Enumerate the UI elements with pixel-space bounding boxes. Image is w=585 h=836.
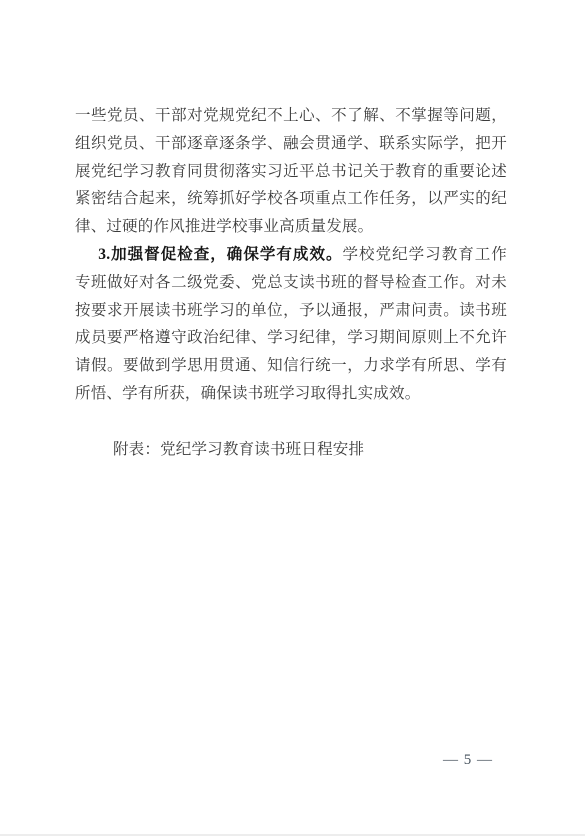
- paragraph-line: 律、过硬的作风推进学校事业高质量发展。: [75, 213, 507, 241]
- paragraph-line: 成员要严格遵守政治纪律、学习纪律，学习期间原则上不允许: [75, 324, 507, 352]
- document-page: 一些党员、干部对党规党纪不上心、不了解、不掌握等问题， 组织党员、干部逐章逐条学…: [0, 0, 585, 836]
- paragraph-line: 请假。要做到学思用贯通、知信行统一，力求学有所思、学有: [75, 352, 507, 380]
- paragraph-line: 专班做好对各二级党委、党总支读书班的督导检查工作。对未: [75, 269, 507, 297]
- paragraph-line: 按要求开展读书班学习的单位，予以通报，严肃问责。读书班: [75, 297, 507, 325]
- paragraph-line: 一些党员、干部对党规党纪不上心、不了解、不掌握等问题，: [75, 102, 507, 130]
- paragraph-supervision: 3.加强督促检查，确保学有成效。学校党纪学习教育工作 专班做好对各二级党委、党总…: [75, 241, 507, 408]
- paragraph-line: 展党纪学习教育同贯彻落实习近平总书记关于教育的重要论述: [75, 158, 507, 186]
- paragraph-bold-lead: 3.加强督促检查，确保学有成效。: [98, 246, 342, 263]
- paragraph-text: 学校党纪学习教育工作: [343, 246, 507, 263]
- attachment-note: 附表：党纪学习教育读书班日程安排: [75, 436, 507, 464]
- paragraph-line: 3.加强督促检查，确保学有成效。学校党纪学习教育工作: [75, 241, 507, 269]
- document-body: 一些党员、干部对党规党纪不上心、不了解、不掌握等问题， 组织党员、干部逐章逐条学…: [75, 102, 507, 463]
- paragraph-continuation: 一些党员、干部对党规党纪不上心、不了解、不掌握等问题， 组织党员、干部逐章逐条学…: [75, 102, 507, 241]
- paragraph-line: 组织党员、干部逐章逐条学、融会贯通学、联系实际学，把开: [75, 130, 507, 158]
- paragraph-line: 所悟、学有所获，确保读书班学习取得扎实成效。: [75, 380, 507, 408]
- page-number: — 5 —: [443, 751, 493, 769]
- paragraph-line: 紧密结合起来，统筹抓好学校各项重点工作任务，以严实的纪: [75, 185, 507, 213]
